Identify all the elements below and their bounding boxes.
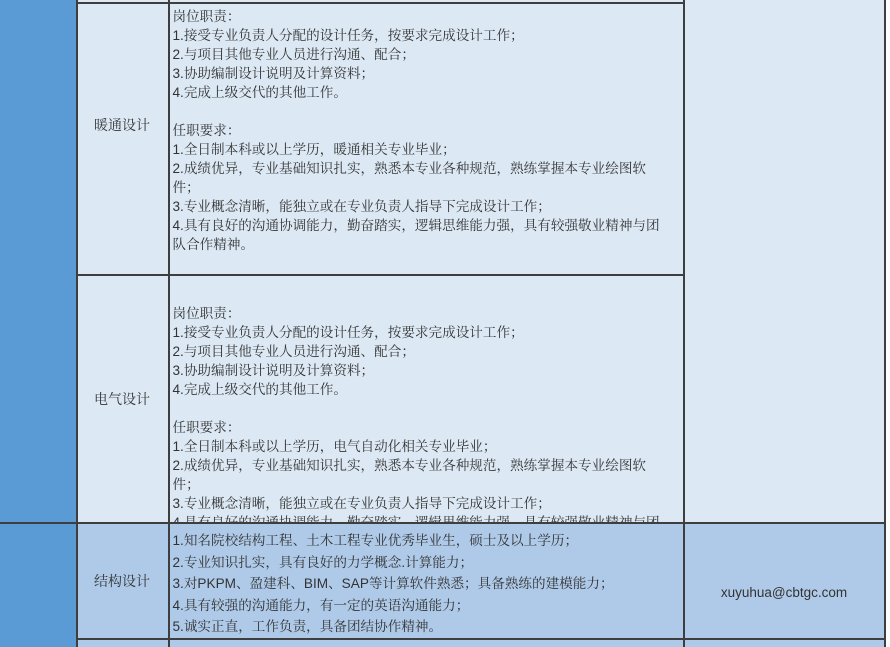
contact-email: xuyuhua@cbtgc.com (721, 585, 847, 600)
job-description-structural: 1.知名院校结构工程、土木工程专业优秀毕业生，硕士及以上学历； 2.专业知识扎实… (170, 524, 684, 638)
contact-cell-structural: xuyuhua@cbtgc.com (685, 524, 883, 638)
job-title-cell-electrical: 电气设计 (77, 276, 167, 522)
job-description-hvac: 岗位职责： 1.接受专业负责人分配的设计任务，按要求完成设计工作； 2.与项目其… (170, 3, 684, 274)
right-page-margin (886, 0, 890, 647)
job-title-electrical: 电气设计 (94, 389, 150, 409)
contact-cell-merged-empty (685, 0, 883, 521)
job-title-cell-hvac: 暖通设计 (77, 3, 167, 274)
job-description-electrical-text: 岗位职责： 1.接受专业负责人分配的设计任务，按要求完成设计工作； 2.与项目其… (170, 304, 684, 522)
job-title-cell-structural: 结构设计 (77, 524, 167, 638)
left-blue-band (0, 0, 76, 647)
job-description-electrical: 岗位职责： 1.接受专业负责人分配的设计任务，按要求完成设计工作； 2.与项目其… (170, 276, 684, 522)
job-postings-table: 暖通设计 电气设计 结构设计 岗位职责： 1.接受专业负责人分配的设计任务，按要… (0, 0, 890, 647)
job-title-hvac: 暖通设计 (94, 115, 150, 135)
job-title-structural: 结构设计 (94, 571, 150, 591)
table-border-vertical-4 (884, 0, 886, 647)
table-border-horizontal-row3-4 (76, 638, 886, 640)
